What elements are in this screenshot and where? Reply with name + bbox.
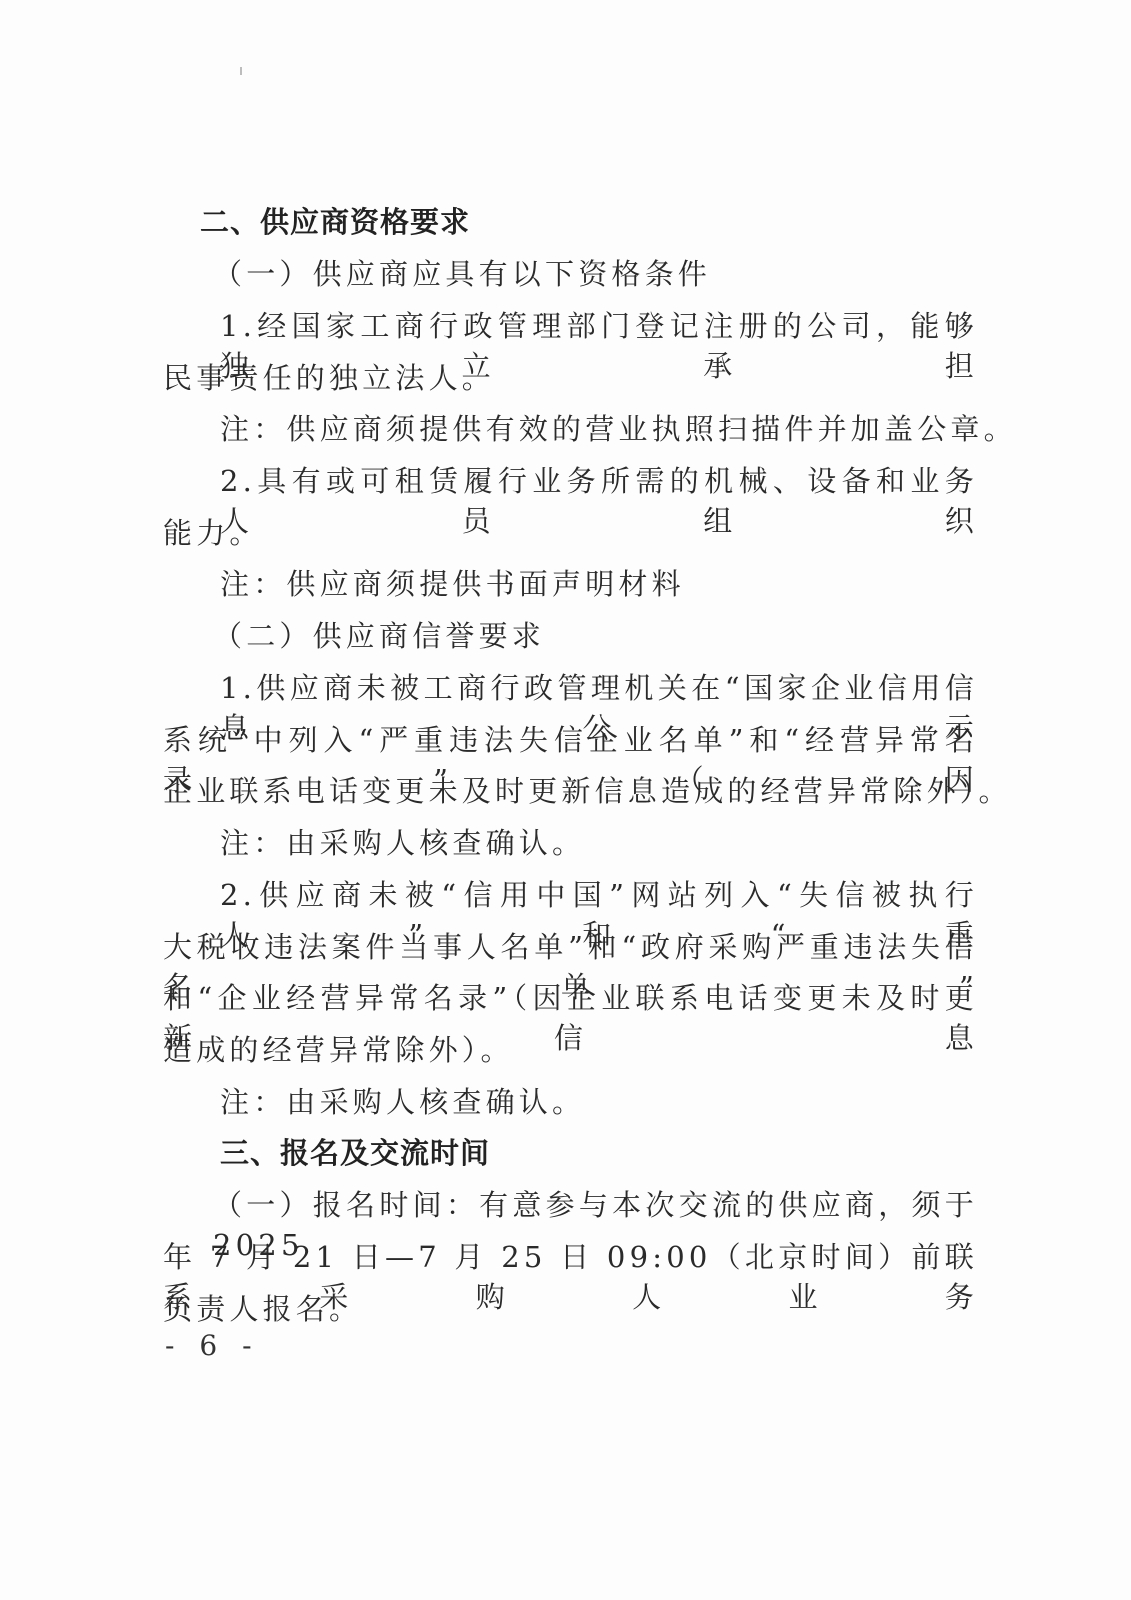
paragraph-line: 能力。 [163, 513, 978, 553]
section-heading: 二、供应商资格要求 [200, 202, 978, 242]
paragraph-line: 注：由采购人核查确认。 [220, 823, 978, 863]
section-heading: 三、报名及交流时间 [220, 1133, 978, 1173]
paragraph-line: 注：供应商须提供有效的营业执照扫描件并加盖公章。 [220, 409, 978, 449]
paragraph-line: 企业联系电话变更未及时更新信息造成的经营异常除外）。 [163, 771, 978, 811]
paragraph-line: 民事责任的独立法人。 [163, 358, 978, 398]
paragraph-line: 负责人报名。 [163, 1289, 978, 1329]
document-page: 二、供应商资格要求（一）供应商应具有以下资格条件1.经国家工商行政管理部门登记注… [0, 0, 1131, 1600]
paragraph-line: 造成的经营异常除外）。 [163, 1030, 978, 1070]
subsection-heading: （一）供应商应具有以下资格条件 [213, 254, 978, 294]
subsection-heading: （二）供应商信誉要求 [213, 616, 978, 656]
paragraph-line: 注：供应商须提供书面声明材料 [220, 564, 978, 604]
paragraph-line: 注：由采购人核查确认。 [220, 1082, 978, 1122]
scan-artifact-mark [240, 67, 242, 75]
page-number: - 6 - [165, 1326, 260, 1366]
